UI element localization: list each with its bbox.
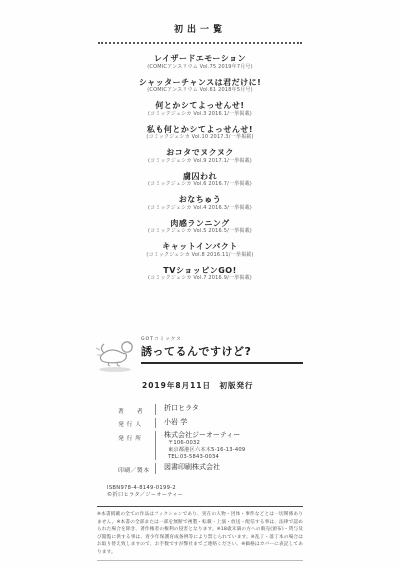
publisher-person-name: 小岩 学: [155, 418, 187, 429]
publication-entry: 虜囚われ (コミックジェシカ Vol.6 2016.7/一挙掲載): [0, 172, 400, 188]
title-block: GOTコミックス 誘ってるんですけど?: [97, 336, 303, 376]
first-publication-section: 初出一覧 レイザードエモーション (COMICアンスリウム Vol.75 201…: [0, 22, 400, 289]
publication-entry: 何とかシてよっせんせ! (コミックジェシカ Vol.3 2016.1/一挙掲載): [0, 101, 400, 117]
entry-source: (COMICアンスリウム Vol.75 2019年7月号): [0, 64, 400, 70]
colophon-page: 初出一覧 レイザードエモーション (COMICアンスリウム Vol.75 201…: [0, 0, 400, 568]
publication-date: 2019年8月11日 初版発行: [142, 380, 303, 391]
entry-source: (コミックジェシカ Vol.4 2016.3/一挙掲載): [0, 205, 400, 211]
entry-title: TVショッピンGO!: [0, 266, 400, 276]
entry-title: 何とかシてよっせんせ!: [0, 101, 400, 111]
publication-entry: シャッターチャンスは君だけに! (COMICアンスリウム Vol.61 2018…: [0, 78, 400, 94]
credit-label: 印刷／製本: [118, 463, 155, 474]
author-name: 折口ヒラタ: [155, 404, 199, 415]
credit-row-author: 著 者 折口ヒラタ: [118, 404, 303, 415]
disclaimer-text: ※本書掲載の全ての作品はフィクションであり、実在の人物・団体・事件などとは一切関…: [97, 511, 303, 557]
publication-entry: おなちゅう (コミックジェシカ Vol.4 2016.3/一挙掲載): [0, 195, 400, 211]
publisher-postal-code: 〒106-0032: [168, 440, 245, 447]
title-underline: [141, 362, 303, 364]
publication-entry: 肉感ランニング (コミックジェシカ Vol.5 2016.5/一挙掲載): [0, 219, 400, 235]
entry-source: (コミックジェシカ Vol.7 2016.9/一挙掲載): [0, 275, 400, 281]
publication-entry: レイザードエモーション (COMICアンスリウム Vol.75 2019年7月号…: [0, 54, 400, 70]
chibi-doodle-illustration: [95, 336, 137, 374]
entry-source: (コミックジェシカ Vol.5 2016.5/一挙掲載): [0, 228, 400, 234]
publication-entry: TVショッピンGO! (コミックジェシカ Vol.7 2016.9/一挙掲載): [0, 266, 400, 282]
entry-title: シャッターチャンスは君だけに!: [0, 78, 400, 88]
credit-label: 発 行 人: [118, 418, 155, 429]
publication-entry: 私も何とかシてよっせんせ! (コミックジェシカ Vol.10 2017.3/一挙…: [0, 125, 400, 141]
entry-title: 肉感ランニング: [0, 219, 400, 229]
entry-title: おコタでヌクヌク: [0, 148, 400, 158]
entry-title: おなちゅう: [0, 195, 400, 205]
colophon-section: GOTコミックス 誘ってるんですけど? 2019年8月11日 初版発行 著 者 …: [97, 336, 303, 561]
credits-table: 著 者 折口ヒラタ 発 行 人 小岩 学 発 行 所 株式会社ジーオーティー 〒…: [118, 404, 303, 474]
entry-title: キャットインパクト: [0, 242, 400, 252]
entry-source: (コミックジェシカ Vol.3 2016.1/一挙掲載): [0, 111, 400, 117]
credit-row-printer: 印刷／製本 図書印刷株式会社: [118, 463, 303, 474]
dotted-divider: [98, 42, 302, 44]
credit-label: 著 者: [118, 404, 155, 415]
title-text: GOTコミックス 誘ってるんですけど?: [141, 336, 303, 359]
entry-title: 虜囚われ: [0, 172, 400, 182]
entry-title: 私も何とかシてよっせんせ!: [0, 125, 400, 135]
imprint-label: GOTコミックス: [141, 336, 303, 342]
entry-title: レイザードエモーション: [0, 54, 400, 64]
entry-source: (コミックジェシカ Vol.10 2017.3/一挙掲載): [0, 134, 400, 140]
book-title: 誘ってるんですけど?: [141, 343, 303, 359]
publication-entry: おコタでヌクヌク (コミックジェシカ Vol.9 2017.1/一挙掲載): [0, 148, 400, 164]
entry-source: (コミックジェシカ Vol.9 2017.1/一挙掲載): [0, 158, 400, 164]
publisher-address: 東京都港区六本木5-16-13-409: [168, 447, 245, 454]
credit-row-publisher-company: 発 行 所 株式会社ジーオーティー 〒106-0032 東京都港区六本木5-16…: [118, 431, 303, 460]
credit-label: 発 行 所: [118, 431, 155, 460]
publisher-details: 〒106-0032 東京都港区六本木5-16-13-409 TEL:03-584…: [164, 440, 245, 460]
copyright-text: ©折口ヒラタ／ジーオーティー: [107, 492, 303, 499]
disclaimer-divider: [97, 506, 303, 507]
entry-source: (コミックジェシカ Vol.6 2016.7/一挙掲載): [0, 181, 400, 187]
publisher-phone: TEL:03-5843-0034: [168, 454, 245, 461]
publisher-company-block: 株式会社ジーオーティー 〒106-0032 東京都港区六本木5-16-13-40…: [155, 431, 245, 460]
isbn-text: ISBN978-4-8149-0199-2: [107, 485, 303, 492]
entry-source: (コミックジェシカ Vol.8 2016.11/一挙掲載): [0, 252, 400, 258]
disclaimer-box: ※本書掲載の全ての作品はフィクションであり、実在の人物・団体・事件などとは一切関…: [97, 511, 303, 561]
isbn-block: ISBN978-4-8149-0199-2 ©折口ヒラタ／ジーオーティー: [107, 485, 303, 499]
credit-row-publisher-person: 発 行 人 小岩 学: [118, 418, 303, 429]
printer-company-name: 図書印刷株式会社: [155, 463, 220, 474]
publisher-company-name: 株式会社ジーオーティー: [164, 431, 245, 440]
entry-source: (COMICアンスリウム Vol.61 2018年5月号): [0, 87, 400, 93]
first-publication-header: 初出一覧: [0, 22, 400, 35]
publication-entry: キャットインパクト (コミックジェシカ Vol.8 2016.11/一挙掲載): [0, 242, 400, 258]
